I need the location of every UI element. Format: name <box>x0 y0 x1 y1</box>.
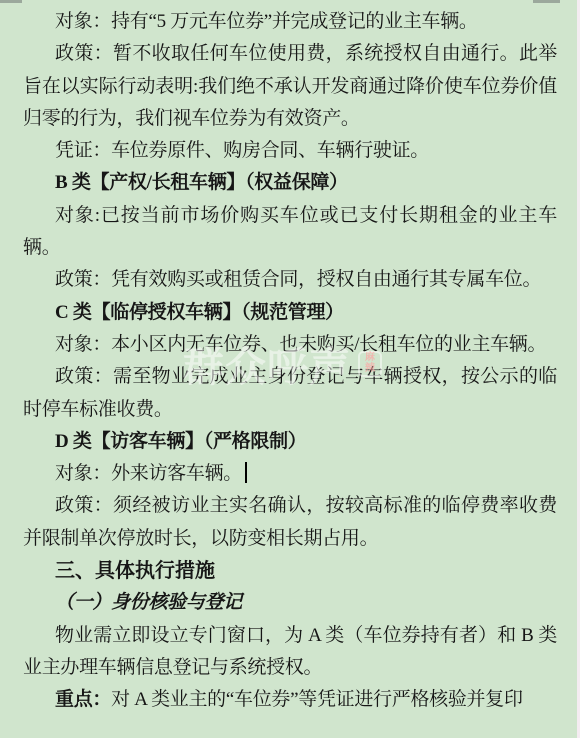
text-cursor <box>245 462 247 483</box>
paragraph[interactable]: 重点：对 A 类业主的“车位券”等凭证进行严格核验并复印 <box>23 684 557 716</box>
top-edge-mark-right <box>533 0 560 3</box>
paragraph[interactable]: 对象：持有“5 万元车位券”并完成登记的业主车辆。 <box>23 6 557 38</box>
document-page[interactable]: 对象：持有“5 万元车位券”并完成登记的业主车辆。政策：暂不收取任何车位使用费，… <box>23 6 557 717</box>
section-heading[interactable]: 三、具体执行措施 <box>23 555 557 587</box>
emphasis-label: 重点： <box>55 689 111 710</box>
paragraph[interactable]: 对象：本小区内无车位券、也未购买/长租车位的业主车辆。 <box>23 329 557 361</box>
top-edge-mark-left <box>0 0 22 3</box>
paragraph[interactable]: 政策：凭有效购买或租赁合同，授权自由通行其专属车位。 <box>23 264 557 296</box>
paragraph[interactable]: B 类【产权/长租车辆】（权益保障） <box>23 167 557 199</box>
paragraph[interactable]: 政策：须经被访业主实名确认，按较高标准的临停费率收费并限制单次停放时长，以防变相… <box>23 490 557 555</box>
paragraph[interactable]: 政策：需至物业完成业主身份登记与车辆授权，按公示的临时停车标准收费。 <box>23 361 557 426</box>
paragraph[interactable]: 物业需立即设立专门窗口，为 A 类（车位券持有者）和 B 类业主办理车辆信息登记… <box>23 620 557 685</box>
paragraph[interactable]: 政策：暂不收取任何车位使用费，系统授权自由通行。此举旨在以实际行动表明:我们绝不… <box>23 38 557 135</box>
document-editor-view: 对象：持有“5 万元车位券”并完成登记的业主车辆。政策：暂不收取任何车位使用费，… <box>0 0 580 738</box>
paragraph[interactable]: 对象：外来访客车辆。 <box>23 458 557 490</box>
paragraph[interactable]: 对象:已按当前市场价购买车位或已支付长期租金的业主车辆。 <box>23 200 557 265</box>
paragraph[interactable]: D 类【访客车辆】（严格限制） <box>23 426 557 458</box>
clause-heading[interactable]: （一）身份核验与登记 <box>23 587 557 619</box>
paragraph[interactable]: C 类【临停授权车辆】（规范管理） <box>23 297 557 329</box>
paragraph[interactable]: 凭证：车位券原件、购房合同、车辆行驶证。 <box>23 135 557 167</box>
